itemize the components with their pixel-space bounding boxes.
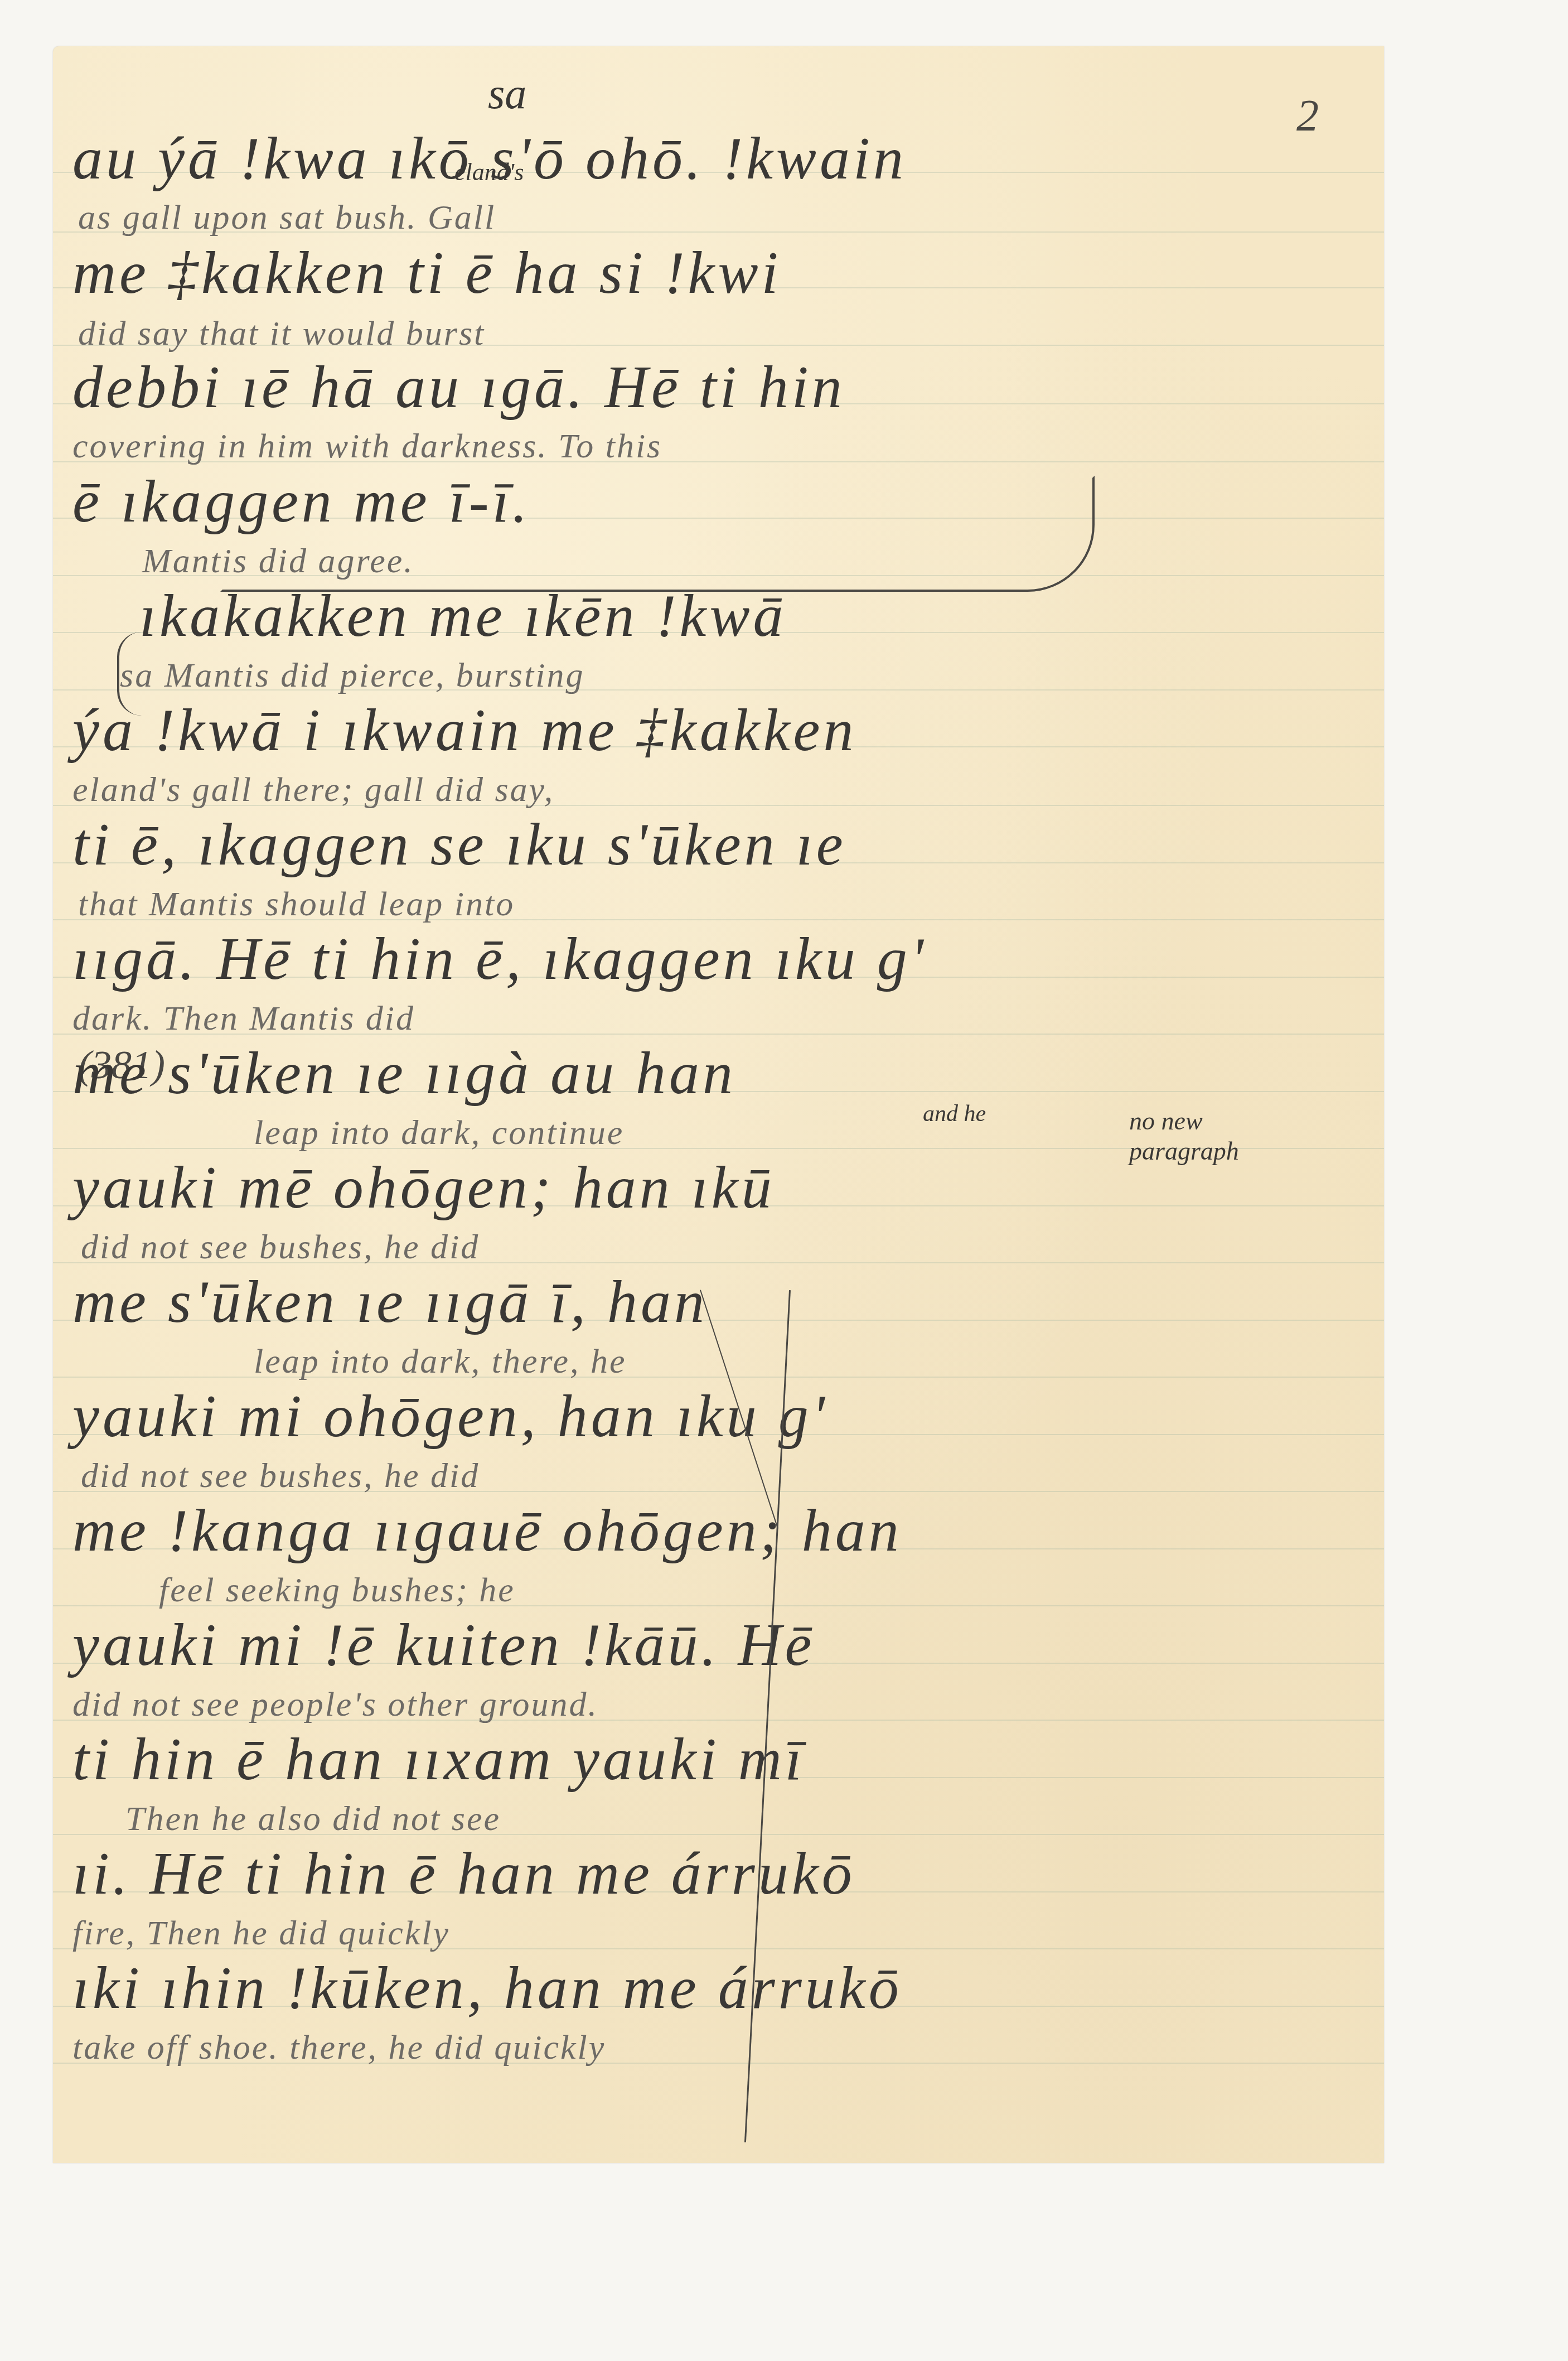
insertion-sa: sa <box>488 69 526 119</box>
native-line: me ‡kakken ti ē ha si !kwi <box>72 239 782 308</box>
gloss-line: eland's gall there; gall did say, <box>72 770 554 810</box>
gloss-line: did not see people's other ground. <box>72 1685 598 1725</box>
insertion-and-he: and he <box>923 1100 986 1127</box>
native-line: ti ē, ıkaggen se ıku s'ūken ıe <box>72 810 846 880</box>
gloss-line: did say that it would burst <box>78 314 485 354</box>
gloss-line: Then he also did not see <box>125 1799 501 1839</box>
gloss-line: dark. Then Mantis did <box>72 999 415 1039</box>
manuscript-page: 2 (381) sa eland's and he no new paragra… <box>53 46 1384 2163</box>
native-line: yauki mi ohōgen, han ıku g' <box>72 1382 828 1451</box>
gloss-line: take off shoe. there, he did quickly <box>72 2028 606 2068</box>
native-line: yauki mē ohōgen; han ıkū <box>72 1153 775 1223</box>
editorial-bracket <box>220 476 1095 592</box>
native-line: ıki ıhin !kūken, han me árrukō <box>72 1954 902 2023</box>
native-line: ıkakakken me ıkēn !kwā <box>139 582 786 651</box>
gloss-line: as gall upon sat bush. Gall <box>78 198 496 238</box>
gloss-line: covering in him with darkness. To this <box>72 427 662 466</box>
native-line: me s'ūken ıe ııgā ī, han <box>72 1268 708 1337</box>
native-line: au ýā !kwa ıkō s'ō ohō. !kwain <box>72 124 907 194</box>
native-line: ti hin ē han ııxam yauki mī <box>72 1725 805 1794</box>
gloss-line: fire, Then he did quickly <box>72 1914 450 1953</box>
native-line: ýa !kwā i ıkwain me ‡kakken <box>72 696 857 765</box>
native-line: ıi. Hē ti hin ē han me árrukō <box>72 1839 855 1909</box>
gloss-line: feel seeking bushes; he <box>159 1571 515 1610</box>
native-line: ııgā. Hē ti hin ē, ıkaggen ıku g' <box>72 925 927 994</box>
gloss-line: sa Mantis did pierce, bursting <box>120 656 584 696</box>
ruled-line <box>53 1377 1384 1378</box>
native-line: yauki mi !ē kuiten !kāū. Hē <box>72 1611 815 1680</box>
gloss-line: leap into dark, continue <box>254 1113 624 1153</box>
gloss-line: leap into dark, there, he <box>254 1342 626 1382</box>
gloss-line: that Mantis should leap into <box>78 885 515 924</box>
page-number: 2 <box>1296 91 1319 142</box>
native-line: debbi ıē hā au ıgā. Hē ti hin <box>72 353 845 422</box>
native-line: me s'ūken ıe ııgà au han <box>72 1039 736 1108</box>
editorial-note-no-new-paragraph: no new paragraph <box>1129 1106 1296 1166</box>
gloss-line: did not see bushes, he did <box>81 1228 480 1267</box>
gloss-line: did not see bushes, he did <box>81 1456 480 1496</box>
editorial-bracket-left <box>117 632 142 716</box>
